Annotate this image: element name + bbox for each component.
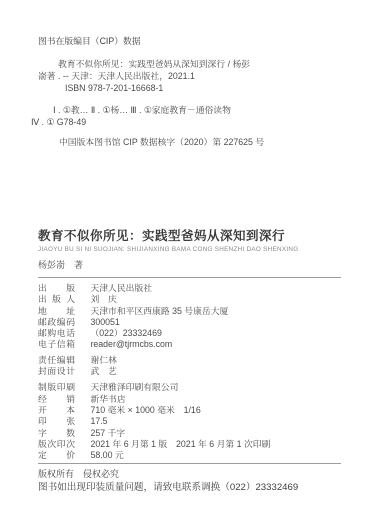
pub-row: 邮政编码 300051 [38, 317, 341, 328]
pub-row: 制版印刷 天津雅泽印刷有限公司 [38, 382, 341, 393]
pub-row-value: 谢仁林 [90, 355, 116, 365]
pub-group-editors: 责任编辑 谢仁林 封面设计 武 艺 [38, 355, 341, 378]
pub-row-label: 制版印刷 [38, 382, 75, 393]
pub-row-label: 印张 [38, 416, 75, 427]
pub-row-value: reader@tjrmcbs.com [90, 339, 172, 349]
pub-row-label: 开本 [38, 405, 75, 416]
pub-row-value: 58.00 元 [90, 450, 123, 460]
cip-class-line-2: Ⅳ . ① G78-49 [31, 117, 345, 129]
pub-row: 字数 257 千字 [38, 428, 341, 439]
cip-section: 图书在版编目（CIP）数据 教育不似你所见：实践型爸妈从深知到深行 / 杨彭 嵛… [38, 36, 345, 149]
pub-row: 开本 710 毫米 × 1000 毫米 1/16 [38, 405, 341, 416]
cip-record-line-1: 教育不似你所见：实践型爸妈从深知到深行 / 杨彭 [38, 59, 345, 71]
book-author: 杨彭嵛 著 [38, 259, 341, 271]
pub-row: 版次印次 2021 年 6 月第 1 版 2021 年 6 月第 1 次印刷 [38, 439, 341, 450]
pub-row-label: 邮购电话 [38, 328, 75, 339]
pub-row-label: 地址 [38, 306, 75, 317]
pub-row-value: 2021 年 6 月第 1 版 2021 年 6 月第 1 次印刷 [90, 439, 270, 449]
book-title: 教育不似你所见：实践型爸妈从深知到深行 [38, 229, 341, 243]
pub-row-label: 字数 [38, 428, 75, 439]
pub-row-label: 邮政编码 [38, 317, 75, 328]
pub-row-label: 封面设计 [38, 366, 75, 377]
title-section: 教育不似你所见：实践型爸妈从深知到深行 JIAOYU BU SI NI SUOJ… [38, 229, 341, 278]
pub-row-value: 710 毫米 × 1000 毫米 1/16 [90, 405, 200, 415]
publication-section: 出版 天津人民出版社 出版人 刘 庆 地址 天津市和平区西康路 35 号康岳大厦… [38, 283, 341, 461]
pub-row: 出版人 刘 庆 [38, 294, 341, 305]
pub-row-value: （022）23332469 [90, 328, 161, 338]
pub-row: 邮购电话 （022）23332469 [38, 328, 341, 339]
divider-line-top [38, 277, 341, 278]
pub-row: 印张 17.5 [38, 416, 341, 427]
pub-row-label: 责任编辑 [38, 355, 75, 366]
pub-row: 封面设计 武 艺 [38, 366, 341, 377]
pub-row-value: 武 艺 [90, 366, 116, 376]
pub-row-value: 天津人民出版社 [90, 283, 152, 293]
copyright-notice: 版权所有 侵权必究 [38, 468, 341, 480]
book-title-pinyin: JIAOYU BU SI NI SUOJIAN: SHIJIANXING BAM… [38, 246, 341, 254]
pub-row-label: 版次印次 [38, 439, 75, 450]
cip-class-line-1: Ⅰ . ①教… Ⅱ . ①杨… Ⅲ . ①家庭教育－通俗读物 [38, 105, 345, 117]
cip-record-number: 中国版本图书馆 CIP 数据核字（2020）第 227625 号 [38, 137, 345, 149]
pub-row-label: 定价 [38, 450, 75, 461]
footer-section: 版权所有 侵权必究 图书如出现印装质量问题，请致电联系调换（022）233324… [38, 463, 341, 494]
pub-row-value: 新华书店 [90, 394, 125, 404]
copyright-page: 图书在版编目（CIP）数据 教育不似你所见：实践型爸妈从深知到深行 / 杨彭 嵛… [0, 0, 375, 529]
pub-row-label: 经销 [38, 394, 75, 405]
pub-row-value: 300051 [90, 317, 119, 327]
service-notice: 图书如出现印装质量问题，请致电联系调换（022）23332469 [38, 481, 341, 494]
pub-row: 定价 58.00 元 [38, 450, 341, 461]
pub-group-publisher: 出版 天津人民出版社 出版人 刘 庆 地址 天津市和平区西康路 35 号康岳大厦… [38, 283, 341, 351]
pub-row: 地址 天津市和平区西康路 35 号康岳大厦 [38, 306, 341, 317]
pub-row: 经销 新华书店 [38, 394, 341, 405]
pub-row-value: 刘 庆 [90, 294, 116, 304]
pub-row-label: 电子信箱 [38, 339, 75, 350]
pub-row-label: 出版 [38, 283, 75, 294]
pub-row-value: 天津市和平区西康路 35 号康岳大厦 [90, 306, 228, 316]
cip-record-line-2: 嵛著 . -- 天津：天津人民出版社，2021.1 [38, 71, 345, 83]
pub-row: 电子信箱 reader@tjrmcbs.com [38, 339, 341, 350]
pub-row-value: 17.5 [90, 416, 107, 426]
pub-row: 出版 天津人民出版社 [38, 283, 341, 294]
pub-row-value: 天津雅泽印刷有限公司 [90, 382, 178, 392]
pub-row-label: 出版人 [38, 294, 75, 305]
isbn-line: ISBN 978-7-201-16668-1 [38, 83, 345, 95]
cip-classification: Ⅰ . ①教… Ⅱ . ①杨… Ⅲ . ①家庭教育－通俗读物 Ⅳ . ① G78… [38, 105, 345, 129]
pub-row-value: 257 千字 [90, 428, 125, 438]
pub-group-printing: 制版印刷 天津雅泽印刷有限公司 经销 新华书店 开本 710 毫米 × 1000… [38, 382, 341, 461]
pub-row: 责任编辑 谢仁林 [38, 355, 341, 366]
divider-line-bottom [38, 463, 341, 464]
cip-heading: 图书在版编目（CIP）数据 [38, 36, 345, 48]
